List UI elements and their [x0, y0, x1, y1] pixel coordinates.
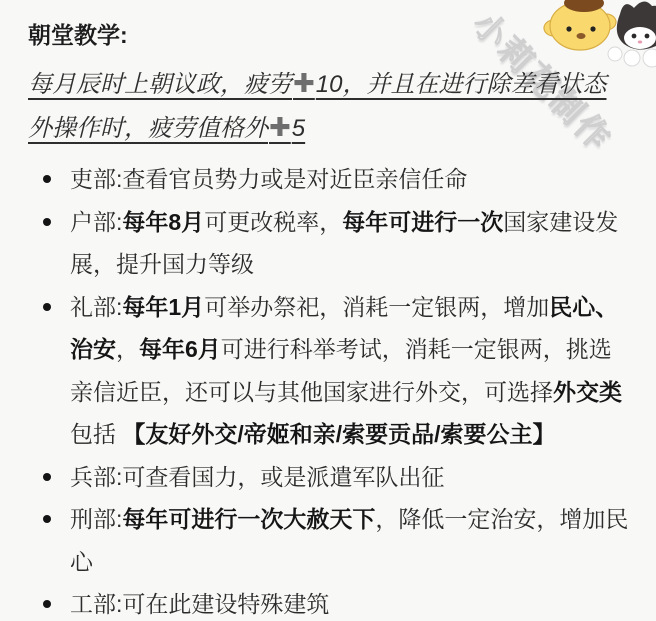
ministry-list: 吏部:查看官员势力或是对近臣亲信任命 户部:每年8月可更改税率，每年可进行一次国… — [28, 158, 630, 621]
text-segment: 吏部:查看官员势力或是对近臣亲信任命 — [70, 166, 467, 192]
text-segment: 5 — [292, 115, 305, 142]
text-segment: 每年1月 — [122, 294, 204, 320]
text-segment: 户部: — [70, 209, 122, 235]
text-segment: 每月辰时上朝议政，疲劳 — [28, 71, 292, 98]
bullet-item-xingbu-justice: 刑部:每年可进行一次大赦天下，降低一定治安，增加民心 — [42, 498, 630, 583]
text-segment: 每年8月 — [122, 209, 204, 235]
kuromi-icon — [617, 1, 656, 49]
pompompurin-icon — [544, 0, 616, 50]
text-segment: 每年可进行一次大赦天下 — [122, 506, 375, 532]
bullet-item-hubu-revenue: 户部:每年8月可更改税率，每年可进行一次国家建设发展，提升国力等级 — [42, 201, 630, 286]
text-segment: 可更改税率， — [204, 209, 342, 235]
plus-icon: ✚ — [268, 112, 292, 142]
bullet-item-gongbu-works: 工部:可在此建设特殊建筑 — [42, 583, 630, 621]
text-segment: 外交类 — [553, 379, 622, 405]
text-segment: 【友好外交/帝姬和亲/索要贡品/索要公主】 — [122, 421, 555, 447]
text-segment: 工部:可在此建设特殊建筑 — [70, 591, 329, 617]
note-body: 朝堂教学: 每月辰时上朝议政，疲劳✚10，并且在进行除差看状态外操作时，疲劳值格… — [0, 0, 656, 621]
text-segment: 每年6月 — [139, 336, 221, 362]
text-segment: ， — [116, 336, 139, 362]
text-segment: 兵部:可查看国力，或是派遣军队出征 — [70, 464, 444, 490]
text-segment: 包括 — [70, 421, 122, 447]
plus-icon: ✚ — [292, 68, 316, 98]
watermark-characters — [540, 0, 656, 80]
bullet-item-bingbu-war: 兵部:可查看国力，或是派遣军队出征 — [42, 456, 630, 499]
bullet-item-libu-officials: 吏部:查看官员势力或是对近臣亲信任命 — [42, 158, 630, 201]
text-segment: 每年可进行一次 — [342, 209, 503, 235]
text-segment: 可举办祭祀，消耗一定银两，增加 — [204, 294, 549, 320]
bullet-item-libu-rites: 礼部:每年1月可举办祭祀，消耗一定银两，增加民心、治安，每年6月可进行科举考试，… — [42, 286, 630, 456]
text-segment: 刑部: — [70, 506, 122, 532]
text-segment: 礼部: — [70, 294, 122, 320]
